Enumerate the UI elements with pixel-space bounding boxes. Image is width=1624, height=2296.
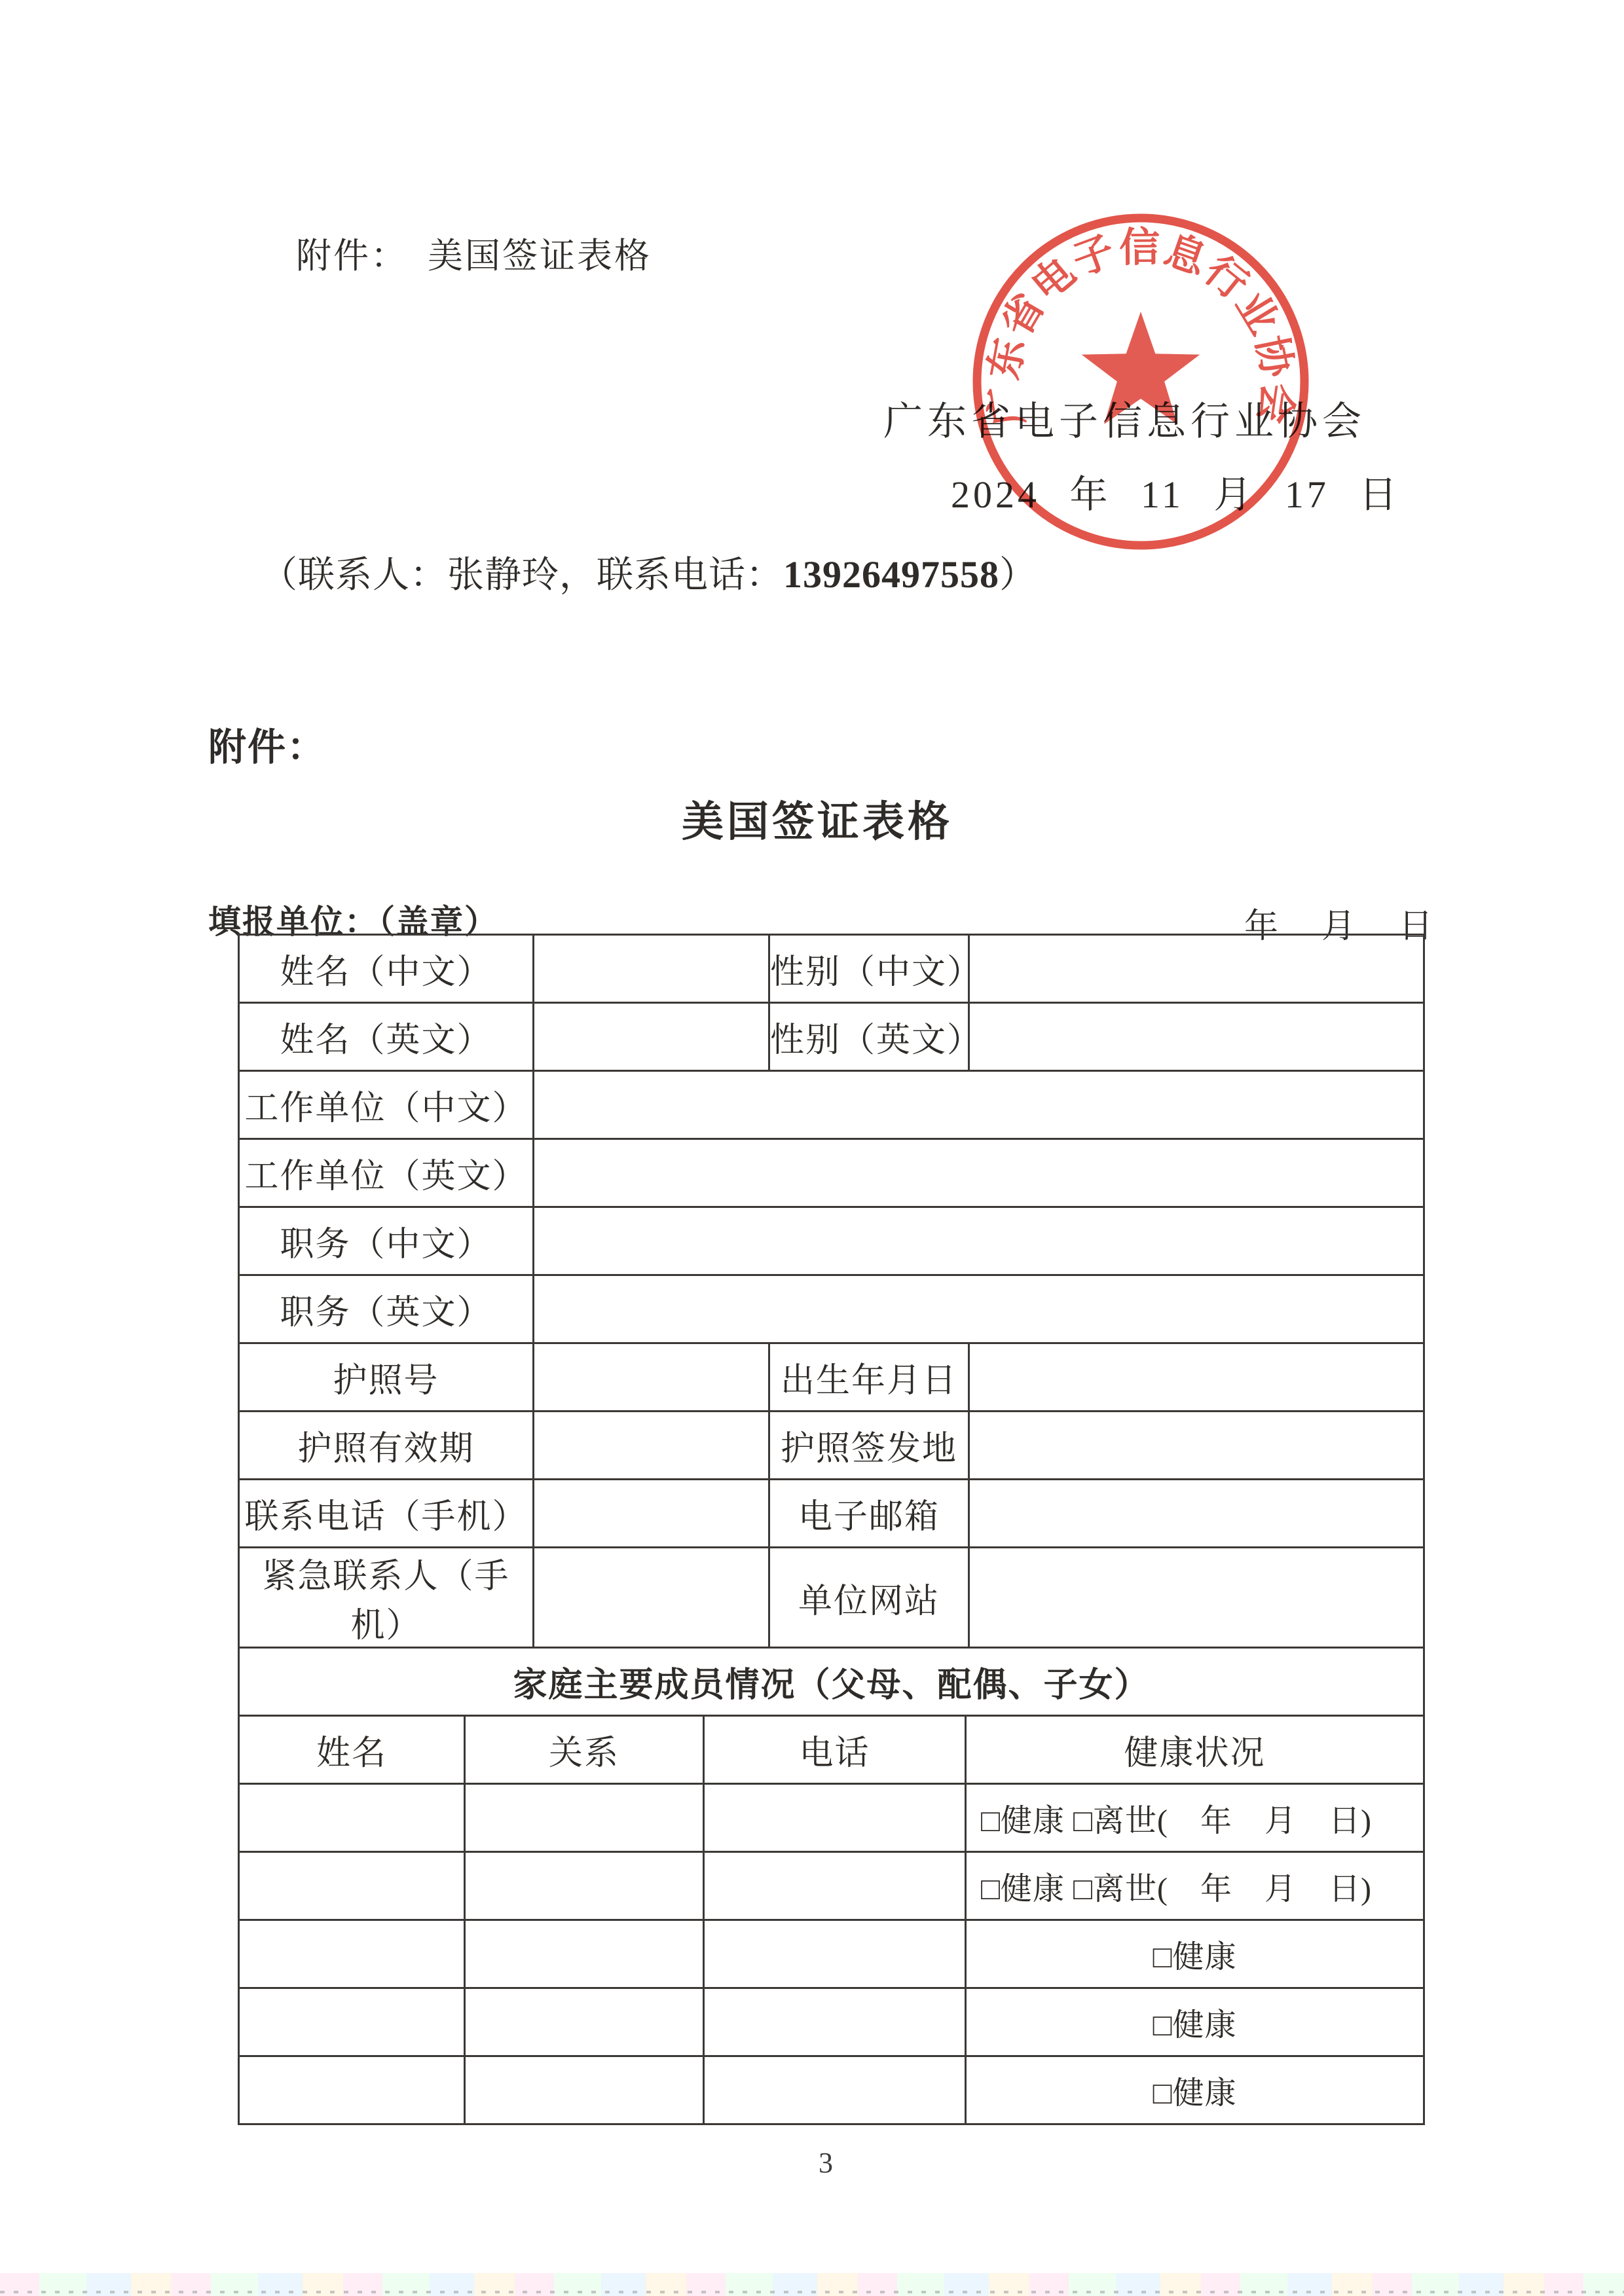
contact-suffix: ） [999, 555, 1037, 596]
field-company-website [969, 1548, 1424, 1648]
family-members-table: 家庭主要成员情况（父母、配偶、子女） 姓名 关系 电话 健康状况 □健康 □离世… [238, 1647, 1425, 2125]
table-row: 姓名（英文） 性别（英文） [239, 1003, 1424, 1071]
table-row: 工作单位（英文） [239, 1139, 1424, 1207]
label-birthdate: 出生年月日 [769, 1343, 969, 1412]
label-name-cn: 姓名（中文） [239, 935, 534, 1003]
column-header-name: 姓名 [239, 1716, 465, 1784]
health-status-member5: □健康 [966, 2056, 1424, 2124]
label-email: 电子邮箱 [769, 1480, 969, 1548]
table-row: 家庭主要成员情况（父母、配偶、子女） [239, 1648, 1424, 1716]
table-row: 职务（中文） [239, 1207, 1424, 1275]
field-member3-phone [704, 1920, 966, 1988]
field-member3-relation [465, 1920, 704, 1988]
field-passport-issue-place [969, 1412, 1424, 1480]
field-email [969, 1480, 1424, 1548]
field-passport-no [534, 1343, 769, 1412]
table-row: □健康 □离世( 年 月 日) [239, 1784, 1424, 1852]
label-position-en: 职务（英文） [239, 1275, 534, 1343]
table-row: □健康 □离世( 年 月 日) [239, 1852, 1424, 1920]
field-member3-name [239, 1920, 465, 1988]
contact-phone: 13926497558 [783, 553, 999, 596]
table-row: 护照有效期 护照签发地 [239, 1412, 1424, 1480]
field-member5-name [239, 2056, 465, 2124]
issue-date-line: 2024 年 11 月 17 日 [951, 464, 1400, 519]
table-row: 姓名 关系 电话 健康状况 [239, 1716, 1424, 1784]
field-member5-phone [704, 2056, 966, 2124]
field-birthdate [969, 1343, 1424, 1412]
field-name-en [534, 1003, 769, 1071]
table-row: □健康 [239, 1920, 1424, 1988]
attachment-label: 附件： [208, 716, 326, 771]
label-gender-en: 性别（英文） [769, 1003, 969, 1071]
field-employer-en [534, 1139, 1424, 1207]
table-row: 工作单位（中文） [239, 1071, 1424, 1139]
field-member2-name [239, 1852, 465, 1920]
field-position-cn [534, 1207, 1424, 1275]
label-employer-cn: 工作单位（中文） [239, 1071, 534, 1139]
field-member2-relation [465, 1852, 704, 1920]
label-gender-cn: 性别（中文） [769, 935, 969, 1003]
table-row: □健康 [239, 2056, 1424, 2124]
health-status-member4: □健康 [966, 1988, 1424, 2056]
table-row: 护照号 出生年月日 [239, 1343, 1424, 1412]
table-row: 紧急联系人（手机） 单位网站 [239, 1548, 1424, 1648]
health-status-member2: □健康 □离世( 年 月 日) [966, 1852, 1424, 1920]
contact-line: （联系人：张静玲，联系电话：13926497558） [261, 546, 1037, 598]
contact-prefix: （联系人：张静玲，联系电话： [261, 555, 783, 596]
label-position-cn: 职务（中文） [239, 1207, 534, 1275]
health-status-member3: □健康 [966, 1920, 1424, 1988]
field-name-cn [534, 935, 769, 1003]
column-header-health: 健康状况 [966, 1716, 1424, 1784]
field-member2-phone [704, 1852, 966, 1920]
label-passport-issue-place: 护照签发地 [769, 1412, 969, 1480]
label-emergency-contact: 紧急联系人（手机） [239, 1548, 534, 1648]
field-passport-validity [534, 1412, 769, 1480]
form-title: 美国签证表格 [682, 788, 953, 848]
label-company-website: 单位网站 [769, 1548, 969, 1648]
label-passport-no: 护照号 [239, 1343, 534, 1412]
label-employer-en: 工作单位（英文） [239, 1139, 534, 1207]
org-name-line: 广东省电子信息行业协会 [883, 390, 1366, 446]
table-row: 联系电话（手机） 电子邮箱 [239, 1480, 1424, 1548]
column-header-relation: 关系 [465, 1716, 704, 1784]
field-gender-en [969, 1003, 1424, 1071]
field-member4-phone [704, 1988, 966, 2056]
label-name-en: 姓名（英文） [239, 1003, 534, 1071]
field-member5-relation [465, 2056, 704, 2124]
field-employer-cn [534, 1071, 1424, 1139]
visa-form-table: 姓名（中文） 性别（中文） 姓名（英文） 性别（英文） 工作单位（中文） 工作单… [238, 934, 1423, 2125]
table-row: 姓名（中文） 性别（中文） [239, 935, 1424, 1003]
field-mobile-phone [534, 1480, 769, 1548]
field-member1-relation [465, 1784, 704, 1852]
field-member4-name [239, 1988, 465, 2056]
field-member1-name [239, 1784, 465, 1852]
column-header-phone: 电话 [704, 1716, 966, 1784]
field-member1-phone [704, 1784, 966, 1852]
family-section-title: 家庭主要成员情况（父母、配偶、子女） [239, 1648, 1424, 1716]
page-number: 3 [819, 2146, 833, 2179]
personal-info-table: 姓名（中文） 性别（中文） 姓名（英文） 性别（英文） 工作单位（中文） 工作单… [238, 934, 1425, 1649]
field-position-en [534, 1275, 1424, 1343]
field-member4-relation [465, 1988, 704, 2056]
table-row: 职务（英文） [239, 1275, 1424, 1343]
scan-artifact-bar [0, 2273, 1624, 2296]
health-status-member1: □健康 □离世( 年 月 日) [966, 1784, 1424, 1852]
field-emergency-contact [534, 1548, 769, 1648]
table-row: □健康 [239, 1988, 1424, 2056]
field-gender-cn [969, 935, 1424, 1003]
attachment-note: 附件： 美国签证表格 [296, 228, 652, 278]
label-mobile-phone: 联系电话（手机） [239, 1480, 534, 1548]
label-passport-validity: 护照有效期 [239, 1412, 534, 1480]
